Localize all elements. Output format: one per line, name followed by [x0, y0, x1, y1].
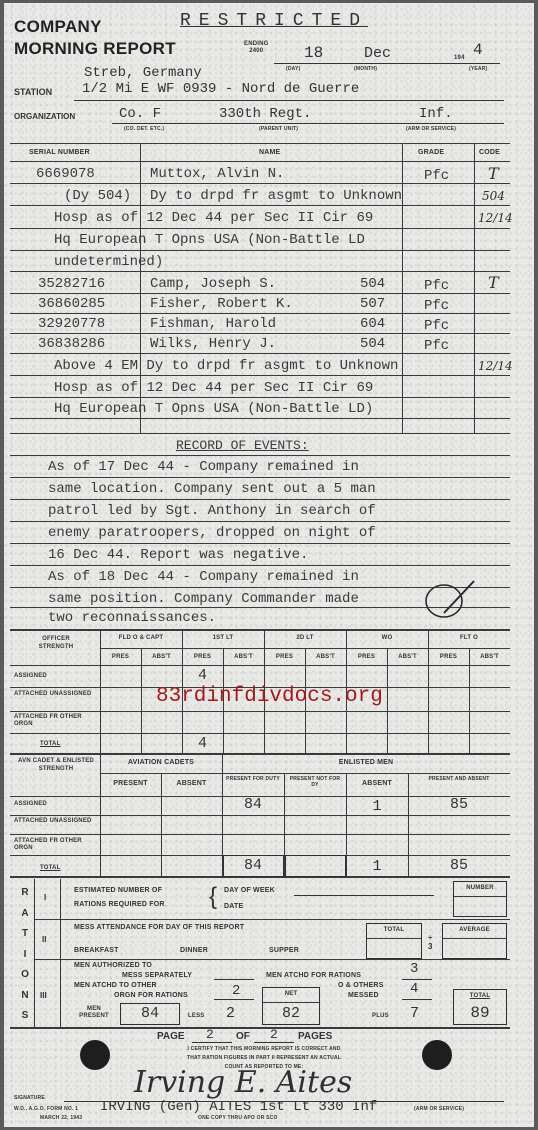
soldier-name: Fisher, Robert K.	[150, 296, 293, 312]
soldier-name: Fishman, Harold	[150, 316, 276, 332]
col-serial-number: SERIAL NUMBER	[29, 149, 90, 156]
remark: undetermined)	[54, 254, 163, 270]
remark: Hosp as of 12 Dec 44 per Sec II Cir 69	[54, 210, 373, 226]
code: 504	[482, 189, 505, 203]
total-present-not-for-duty-box	[285, 855, 346, 877]
station-label: STATION	[14, 87, 52, 97]
soldier-name: Muttox, Alvin N.	[150, 166, 284, 182]
code: T	[488, 164, 499, 183]
men-atchd-other-value: 2	[232, 983, 240, 999]
mos: 504	[360, 336, 385, 352]
form-title-line1: COMPANY	[14, 17, 102, 37]
side-letter: A	[20, 904, 30, 925]
event-line: same location. Company sent out a 5 man	[48, 481, 376, 497]
subcol-abst: ABS'T	[305, 654, 346, 660]
subcol-abst: ABS'T	[387, 654, 428, 660]
grand-total-value: 89	[453, 1004, 507, 1022]
side-letter: O	[20, 965, 30, 986]
col-grade: GRADE	[418, 149, 444, 156]
of-label: OF	[236, 1031, 250, 1042]
code: T	[488, 273, 499, 292]
day-of-week-label: DAY OF WEEK	[224, 887, 275, 894]
report-year: 4	[473, 41, 483, 59]
subcol-pres: PRES	[428, 654, 469, 660]
col-code: CODE	[479, 149, 500, 156]
group-2d-lt: 2D LT	[264, 635, 346, 641]
mess-total-label: TOTAL	[366, 927, 422, 933]
assigned-absent: 1	[346, 798, 408, 815]
others-messed-value: 4	[410, 981, 418, 997]
serial-number: 32920778	[38, 316, 105, 332]
total-1st-lt-pres: 4	[182, 735, 223, 752]
row-label-assigned: ASSIGNED	[14, 673, 47, 679]
pages-label: PAGES	[298, 1031, 332, 1042]
less-value: 2	[226, 1005, 235, 1022]
form-id-line-1: W.D., A.G.O. FORM NO. 1	[14, 1106, 78, 1112]
binder-hole-left	[80, 1040, 110, 1070]
morning-report-form: COMPANY MORNING REPORT RESTRICTED ENDING…	[4, 3, 534, 1127]
divide-by-three: ÷ 3	[428, 933, 436, 951]
total-pages: 2	[270, 1027, 278, 1042]
estimated-label-1: ESTIMATED NUMBER OF	[74, 887, 162, 894]
plus-label: PLUS	[372, 1013, 389, 1019]
serial-number: 6669078	[36, 166, 95, 182]
form-id-line-2: MARCH 22, 1943	[40, 1115, 82, 1121]
serial-number: 36838286	[38, 336, 105, 352]
subcol-abst: ABS'T	[141, 654, 182, 660]
station-line2: 1/2 Mi E WF 0939 - Nord de Guerre	[82, 81, 359, 97]
group-wo: WO	[346, 635, 428, 641]
day-caption: (DAY)	[286, 66, 300, 72]
remark: Hq European T Opns USA (Non-Battle LD)	[54, 401, 373, 417]
report-day: 18	[304, 44, 323, 62]
soldier-name: Camp, Joseph S.	[150, 276, 276, 292]
men-authorized-label-2: MESS SEPARATELY	[122, 972, 192, 979]
classification-stamp: RESTRICTED	[180, 11, 368, 31]
others-messed-label-1: O & OTHERS	[338, 982, 384, 989]
event-line: enemy paratroopers, dropped on night of	[48, 525, 376, 541]
total-absent: 1	[346, 858, 408, 875]
event-line: As of 18 Dec 44 - Company remained in	[48, 569, 359, 585]
section-i: I	[44, 893, 46, 902]
supper-label: SUPPER	[269, 947, 299, 954]
remark: Hq European T Opns USA (Non-Battle LD	[54, 232, 365, 248]
row-label-assigned: ASSIGNED	[14, 801, 47, 807]
grade: Pfc	[424, 298, 449, 314]
men-present-value: 84	[120, 1005, 180, 1022]
net-label: NET	[262, 991, 320, 997]
col-present-not-for-duty: PRESENT NOT FOR DY	[288, 776, 342, 788]
date-label: DATE	[224, 903, 243, 910]
mess-attendance-label: MESS ATTENDANCE FOR DAY OF THIS REPORT	[74, 924, 244, 931]
subcol-pres: PRES	[182, 654, 223, 660]
assigned-present-and-absent: 85	[408, 796, 510, 813]
assigned-present-for-duty: 84	[222, 796, 284, 813]
group-fld-o-capt: FLD O & CAPT	[100, 635, 182, 641]
col-absent: ABSENT	[161, 780, 222, 787]
grade: Pfc	[424, 338, 449, 354]
subcol-abst: ABS'T	[469, 654, 510, 660]
subcol-pres: PRES	[264, 654, 305, 660]
rations-side-label: R A T I O N S	[20, 883, 30, 1027]
event-line: same position. Company Commander made	[48, 591, 359, 607]
side-letter: N	[20, 986, 30, 1007]
breakfast-label: BREAKFAST	[74, 947, 119, 954]
row-label-attached-other: ATTACHED FR OTHER ORGN	[14, 714, 94, 728]
col-absent-em: ABSENT	[346, 780, 408, 787]
page-label: PAGE	[157, 1031, 185, 1042]
plus-value: 7	[410, 1005, 419, 1022]
ending-time: 2400	[244, 48, 269, 55]
grade: Pfc	[424, 318, 449, 334]
col-name: NAME	[259, 149, 280, 156]
record-of-events-title: RECORD OF EVENTS:	[176, 438, 309, 453]
average-label: AVERAGE	[442, 927, 507, 933]
report-month: Dec	[364, 45, 391, 62]
men-atchd-for-rations-value: 3	[410, 961, 418, 977]
organization-company: Co. F	[119, 106, 161, 122]
event-line: As of 17 Dec 44 - Company remained in	[48, 459, 359, 475]
brace-icon: {	[209, 883, 217, 911]
page-number: 2	[206, 1027, 214, 1042]
enlisted-strength-title: AVN CADET & ENLISTED STRENGTH	[18, 757, 94, 773]
event-line: 16 Dec 44. Report was negative.	[48, 547, 308, 563]
net-value: 82	[262, 1005, 320, 1022]
mos: 507	[360, 296, 385, 312]
signature-label: SIGNATURE	[14, 1095, 45, 1101]
row-label-total: TOTAL	[40, 865, 60, 871]
remark: Above 4 EM Dy to drpd fr asgmt to Unknow…	[54, 358, 398, 374]
col-present: PRESENT	[100, 780, 161, 787]
code: 12/14	[478, 211, 513, 225]
total-present-for-duty: 84	[222, 857, 284, 874]
section-iii: III	[40, 991, 47, 1000]
officer-strength-title: OFFICER STRENGTH	[26, 635, 86, 651]
col-present-for-duty: PRESENT FOR DUTY	[226, 776, 280, 782]
others-messed-label-2: MESSED	[348, 992, 379, 999]
group-1st-lt: 1ST LT	[182, 635, 264, 641]
grade: Pfc	[424, 168, 449, 184]
side-letter: R	[20, 883, 30, 904]
men-atchd-for-rations-label: MEN ATCHD FOR RATIONS	[266, 972, 361, 979]
ending-text: ENDING	[244, 41, 269, 48]
station-line1: Streb, Germany	[84, 65, 202, 81]
less-label: LESS	[188, 1013, 204, 1019]
mos: 504	[360, 276, 385, 292]
form-title-line2: MORNING REPORT	[14, 39, 176, 59]
signature-handwritten: Irving E. Aites	[134, 1065, 352, 1100]
copy-note: ONE COPY THRU APO OR SCO	[198, 1115, 278, 1121]
men-authorized-label-1: MEN AUTHORIZED TO	[74, 962, 152, 969]
row-label-total: TOTAL	[40, 741, 60, 747]
duty-code: (Dy 504)	[64, 188, 131, 204]
grade: Pfc	[424, 278, 449, 294]
subcol-abst: ABS'T	[223, 654, 264, 660]
men-atchd-other-label-2: ORGN FOR RATIONS	[114, 992, 188, 999]
certify-line-2: THAT RATION FIGURES IN PART II REPRESENT…	[134, 1055, 394, 1061]
certify-line-1: I CERTIFY THAT THIS MORNING REPORT IS CO…	[134, 1046, 394, 1052]
year-caption: (YEAR)	[469, 66, 487, 72]
watermark-text: 83rdinfdivdocs.org	[156, 685, 383, 708]
code: 12/14	[478, 359, 513, 373]
side-letter: I	[20, 945, 30, 966]
serial-number: 35282716	[38, 276, 105, 292]
dinner-label: DINNER	[180, 947, 208, 954]
row-label-attached-unassigned: ATTACHED UNASSIGNED	[14, 691, 94, 698]
typed-name-rank: IRVING (Gen) AITES 1st Lt 330 Inf	[100, 1099, 377, 1115]
soldier-name: Wilks, Henry J.	[150, 336, 276, 352]
mos: 604	[360, 316, 385, 332]
grand-total-label: TOTAL	[453, 993, 507, 999]
serial-number: 36860285	[38, 296, 105, 312]
side-letter: T	[20, 924, 30, 945]
section-ii: II	[42, 935, 46, 944]
remark: Hosp as of 12 Dec 44 per Sec II Cir 69	[54, 380, 373, 396]
event-line: two reconnaissances.	[48, 610, 216, 626]
men-present-label: MEN PRESENT	[74, 1006, 114, 1020]
side-letter: S	[20, 1006, 30, 1027]
organization-arm: Inf.	[419, 106, 453, 122]
group-enlisted-men: ENLISTED MEN	[222, 759, 510, 766]
group-flt-o: FLT O	[428, 635, 510, 641]
row-label-attached-other: ATTACHED FR OTHER ORGN	[14, 838, 94, 852]
event-line: patrol led by Sgt. Anthony in search of	[48, 503, 376, 519]
binder-hole-right	[422, 1040, 452, 1070]
group-aviation-cadets: AVIATION CADETS	[100, 759, 222, 766]
organization-parent: 330th Regt.	[219, 106, 311, 122]
men-atchd-other-label-1: MEN ATCHD TO OTHER	[74, 982, 157, 989]
ending-label: ENDING 2400	[244, 41, 269, 55]
assigned-1st-lt-pres: 4	[182, 667, 223, 684]
total-present-and-absent: 85	[408, 857, 510, 874]
subcol-pres: PRES	[100, 654, 141, 660]
row-label-attached-unassigned: ATTACHED UNASSIGNED	[14, 818, 94, 825]
year-prefix: 194	[454, 55, 465, 61]
number-label: NUMBER	[453, 885, 507, 891]
month-caption: (MONTH)	[354, 66, 377, 72]
handwritten-check-mark-icon	[414, 573, 484, 623]
org-caption-parent: (PARENT UNIT)	[259, 126, 298, 132]
subcol-pres: PRES	[346, 654, 387, 660]
org-caption-company: (CO. DET. ETC.)	[124, 126, 164, 132]
estimated-label-2: RATIONS REQUIRED FOR	[74, 901, 165, 908]
organization-label: ORGANIZATION	[14, 112, 75, 121]
org-caption-arm: (ARM OR SERVICE)	[406, 126, 456, 132]
remark: Dy to drpd fr asgmt to Unknown	[150, 188, 402, 204]
arm-caption: (ARM OR SERVICE)	[414, 1106, 464, 1112]
col-present-and-absent: PRESENT AND ABSENT	[412, 776, 506, 782]
